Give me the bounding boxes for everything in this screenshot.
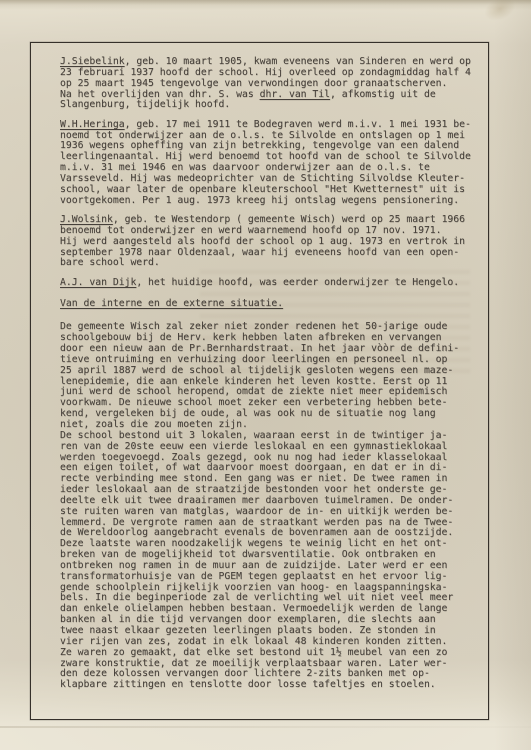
text-run: , geb. 17 mei 1911 te Bodegraven werd m.… xyxy=(60,119,471,206)
underlined-text: A.J. van Dijk xyxy=(60,277,136,288)
scanned-page: J.Siebelink, geb. 10 maart 1905, kwam ev… xyxy=(0,0,531,750)
paragraph: J.Wolsink, geb. te Westendorp ( gemeente… xyxy=(60,215,476,269)
section-heading: Van de interne en de externe situatie. xyxy=(60,299,476,310)
paragraph: W.H.Heringa, geb. 17 mei 1911 te Bodegra… xyxy=(60,120,476,207)
text-run: , geb. te Westendorp ( gemeente Wisch) w… xyxy=(60,214,465,268)
underlined-text: J.Siebelink xyxy=(60,56,125,67)
paragraph: De gemeente Wisch zal zeker niet zonder … xyxy=(60,322,476,691)
underlined-text: dhr. van Til xyxy=(260,89,330,100)
scan-crease xyxy=(0,726,531,728)
paper-stain xyxy=(480,0,520,26)
underlined-text: J.Wolsink xyxy=(60,214,113,225)
paragraph: A.J. van Dijk, het huidige hoofd, was ee… xyxy=(60,278,476,289)
paragraph: J.Siebelink, geb. 10 maart 1905, kwam ev… xyxy=(60,57,476,111)
text-run: De gemeente Wisch zal zeker niet zonder … xyxy=(60,321,459,690)
underlined-text: W.H.Heringa xyxy=(60,119,125,130)
document-text: J.Siebelink, geb. 10 maart 1905, kwam ev… xyxy=(60,57,476,691)
underlined-text: Van de interne en de externe situatie. xyxy=(60,298,283,309)
document-frame: J.Siebelink, geb. 10 maart 1905, kwam ev… xyxy=(30,42,489,720)
text-run: , het huidige hoofd, was eerder onderwij… xyxy=(136,277,459,288)
